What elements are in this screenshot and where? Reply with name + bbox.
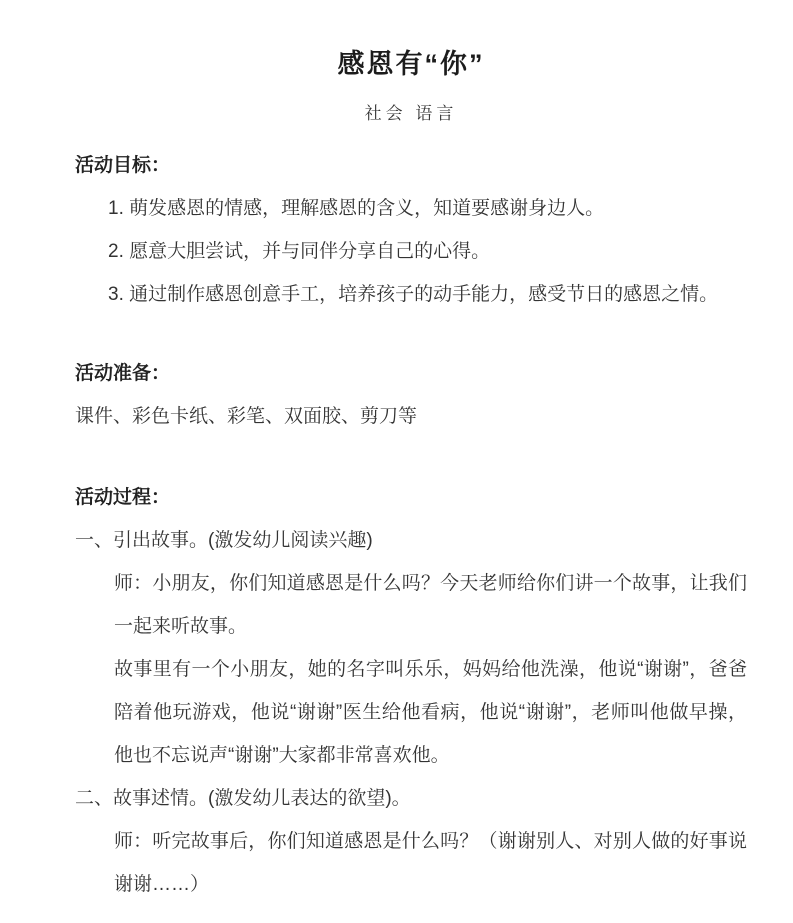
process-step-label: 一、引出故事。(激发幼儿阅读兴趣) [75,519,747,562]
objective-item: 3. 通过制作感恩创意手工，培养孩子的动手能力，感受节日的感恩之情。 [75,273,747,316]
process-step-label: 二、故事述情。(激发幼儿表达的欲望)。 [75,777,747,820]
preparation-heading: 活动准备： [75,352,747,395]
section-preparation: 活动准备： 课件、彩色卡纸、彩笔、双面胶、剪刀等 [75,352,747,438]
document-page: 感恩有“你” 社会 语言 活动目标： 1. 萌发感恩的情感，理解感恩的含义，知道… [0,0,793,923]
document-subtitle: 社会 语言 [75,103,747,125]
objective-item: 1. 萌发感恩的情感，理解感恩的含义，知道要感谢身边人。 [75,187,747,230]
process-step-paragraph: 故事里有一个小朋友，她的名字叫乐乐，妈妈给他洗澡，他说“谢谢”，爸爸陪着他玩游戏… [75,648,747,777]
document-title: 感恩有“你” [75,46,747,82]
process-step-paragraph: 师：小朋友，你们知道感恩是什么吗？今天老师给你们讲一个故事，让我们一起来听故事。 [75,562,747,648]
objective-item: 2. 愿意大胆尝试，并与同伴分享自己的心得。 [75,230,747,273]
process-heading: 活动过程： [75,476,747,519]
section-objectives: 活动目标： 1. 萌发感恩的情感，理解感恩的含义，知道要感谢身边人。 2. 愿意… [75,144,747,316]
objectives-heading: 活动目标： [75,144,747,187]
process-step-paragraph: 师：听完故事后，你们知道感恩是什么吗？（谢谢别人、对别人做的好事说谢谢……） [75,820,747,906]
preparation-text: 课件、彩色卡纸、彩笔、双面胶、剪刀等 [75,395,747,438]
section-process: 活动过程： 一、引出故事。(激发幼儿阅读兴趣) 师：小朋友，你们知道感恩是什么吗… [75,476,747,906]
